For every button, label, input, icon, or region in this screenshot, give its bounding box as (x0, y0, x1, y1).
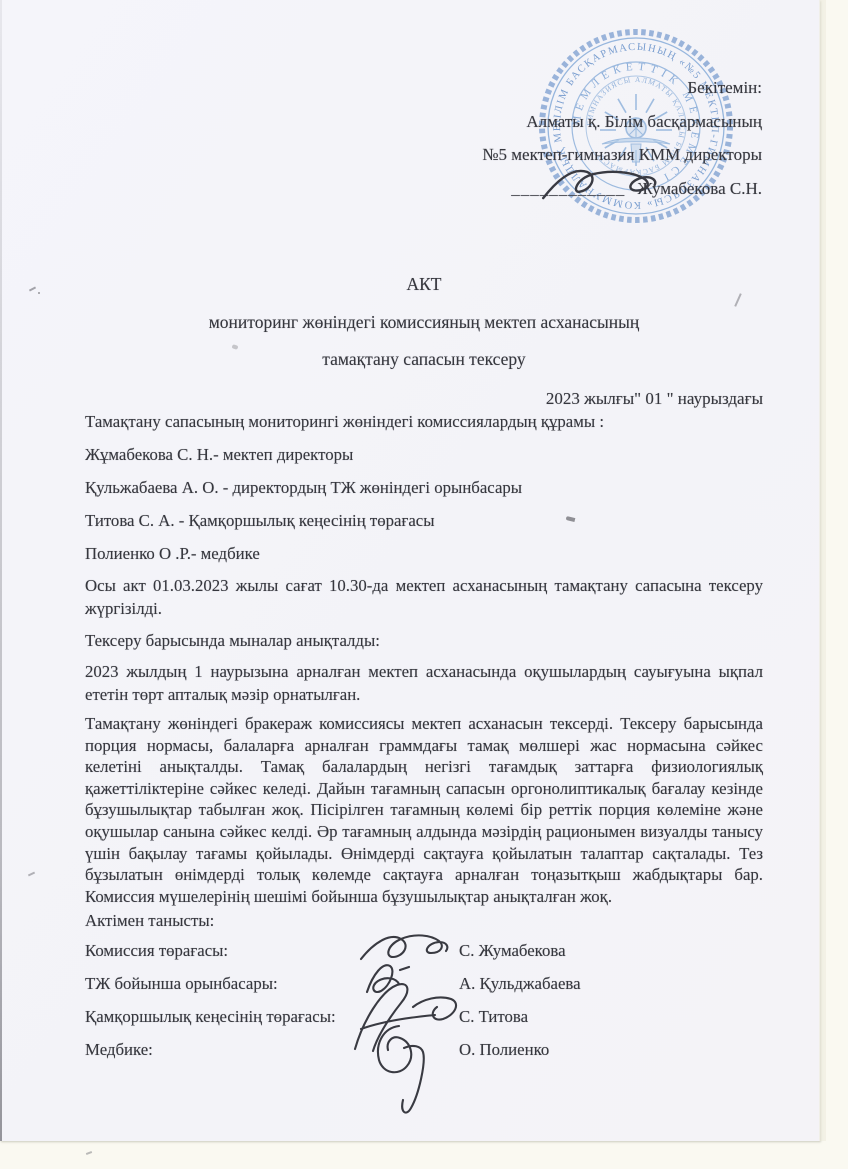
scan-artifact (29, 286, 36, 291)
signature-stroke (378, 1026, 424, 1113)
title-block: АКТ мониторинг жөніндегі комиссияның мек… (85, 266, 763, 414)
approval-block: Бекітемін: Алматы қ. Білім басқармасының… (290, 71, 762, 205)
handwritten-signature (369, 1018, 431, 1118)
commission-member: Қульжабаева А. О. - директордың ТЖ жөнін… (85, 478, 763, 498)
scan-artifact (28, 872, 35, 877)
document-date: 2023 жылғы" 01 " наурыздағы (85, 384, 763, 414)
document-page: БІЛІМ БАСҚАРМАСЫНЫҢ «№5 МЕКТЕП-ГИМНАЗИЯС… (0, 0, 820, 1141)
director-handwritten-signature (541, 160, 659, 210)
signature-row: Медбике: О. Полиенко (85, 1040, 763, 1060)
title-subtitle-2: тамақтану сапасын тексеру (85, 341, 763, 379)
signature-role-label: Медбике: (85, 1040, 347, 1060)
approval-org-line1: Алматы қ. Білім басқармасының (290, 105, 762, 139)
scan-artifact (38, 292, 40, 294)
approval-org-line2: №5 мектеп-гимназия КММ директоры (290, 138, 762, 172)
main-findings-paragraph: Тамақтану жөніндегі бракераж комиссиясы … (85, 713, 763, 907)
commission-member: Полиенко О .Р.- медбике (85, 544, 763, 564)
menu-note-paragraph: 2023 жылдың 1 наурызына арналған мектеп … (85, 660, 763, 706)
signature-slot (347, 1040, 459, 1060)
title-subtitle-1: мониторинг жөніндегі комиссияның мектеп … (85, 304, 763, 342)
signature-name: С. Титова (459, 1007, 763, 1027)
signature-row: Комиссия төрағасы: С. Жумабекова (85, 941, 763, 961)
scanned-document: { "document": { "approval": { "heading":… (0, 0, 848, 1169)
signature-role-label: Комиссия төрағасы: (85, 941, 347, 961)
inspection-intro-paragraph: Осы акт 01.03.2023 жылы сағат 10.30-да м… (85, 574, 763, 620)
approval-heading: Бекітемін: (290, 71, 762, 105)
commission-heading: Тамақтану сапасының мониторингі жөніндег… (85, 412, 763, 432)
scan-artifact (86, 1151, 92, 1155)
signature-stroke (543, 171, 655, 198)
signature-role-label: ТЖ бойынша орынбасары: (85, 974, 347, 994)
signature-name: О. Полиенко (459, 1040, 763, 1060)
commission-member: Титова С. А. - Қамқоршылық кеңесінің төр… (85, 511, 763, 531)
signature-name: С. Жумабекова (459, 941, 763, 961)
approval-sign-line: ____________ Жумабекова С.Н. (290, 172, 762, 206)
findings-heading: Тексеру барысында мыналар анықталды: (85, 631, 763, 651)
commission-member: Жұмабекова С. Н.- мектеп директоры (85, 445, 763, 465)
document-type-title: АКТ (85, 266, 763, 304)
signature-name: А. Қульджабаева (459, 974, 763, 994)
document-body: Тамақтану сапасының мониторингі жөніндег… (85, 412, 763, 1060)
signature-role-label: Қамқоршылық кеңесінің төрағасы: (85, 1007, 347, 1027)
